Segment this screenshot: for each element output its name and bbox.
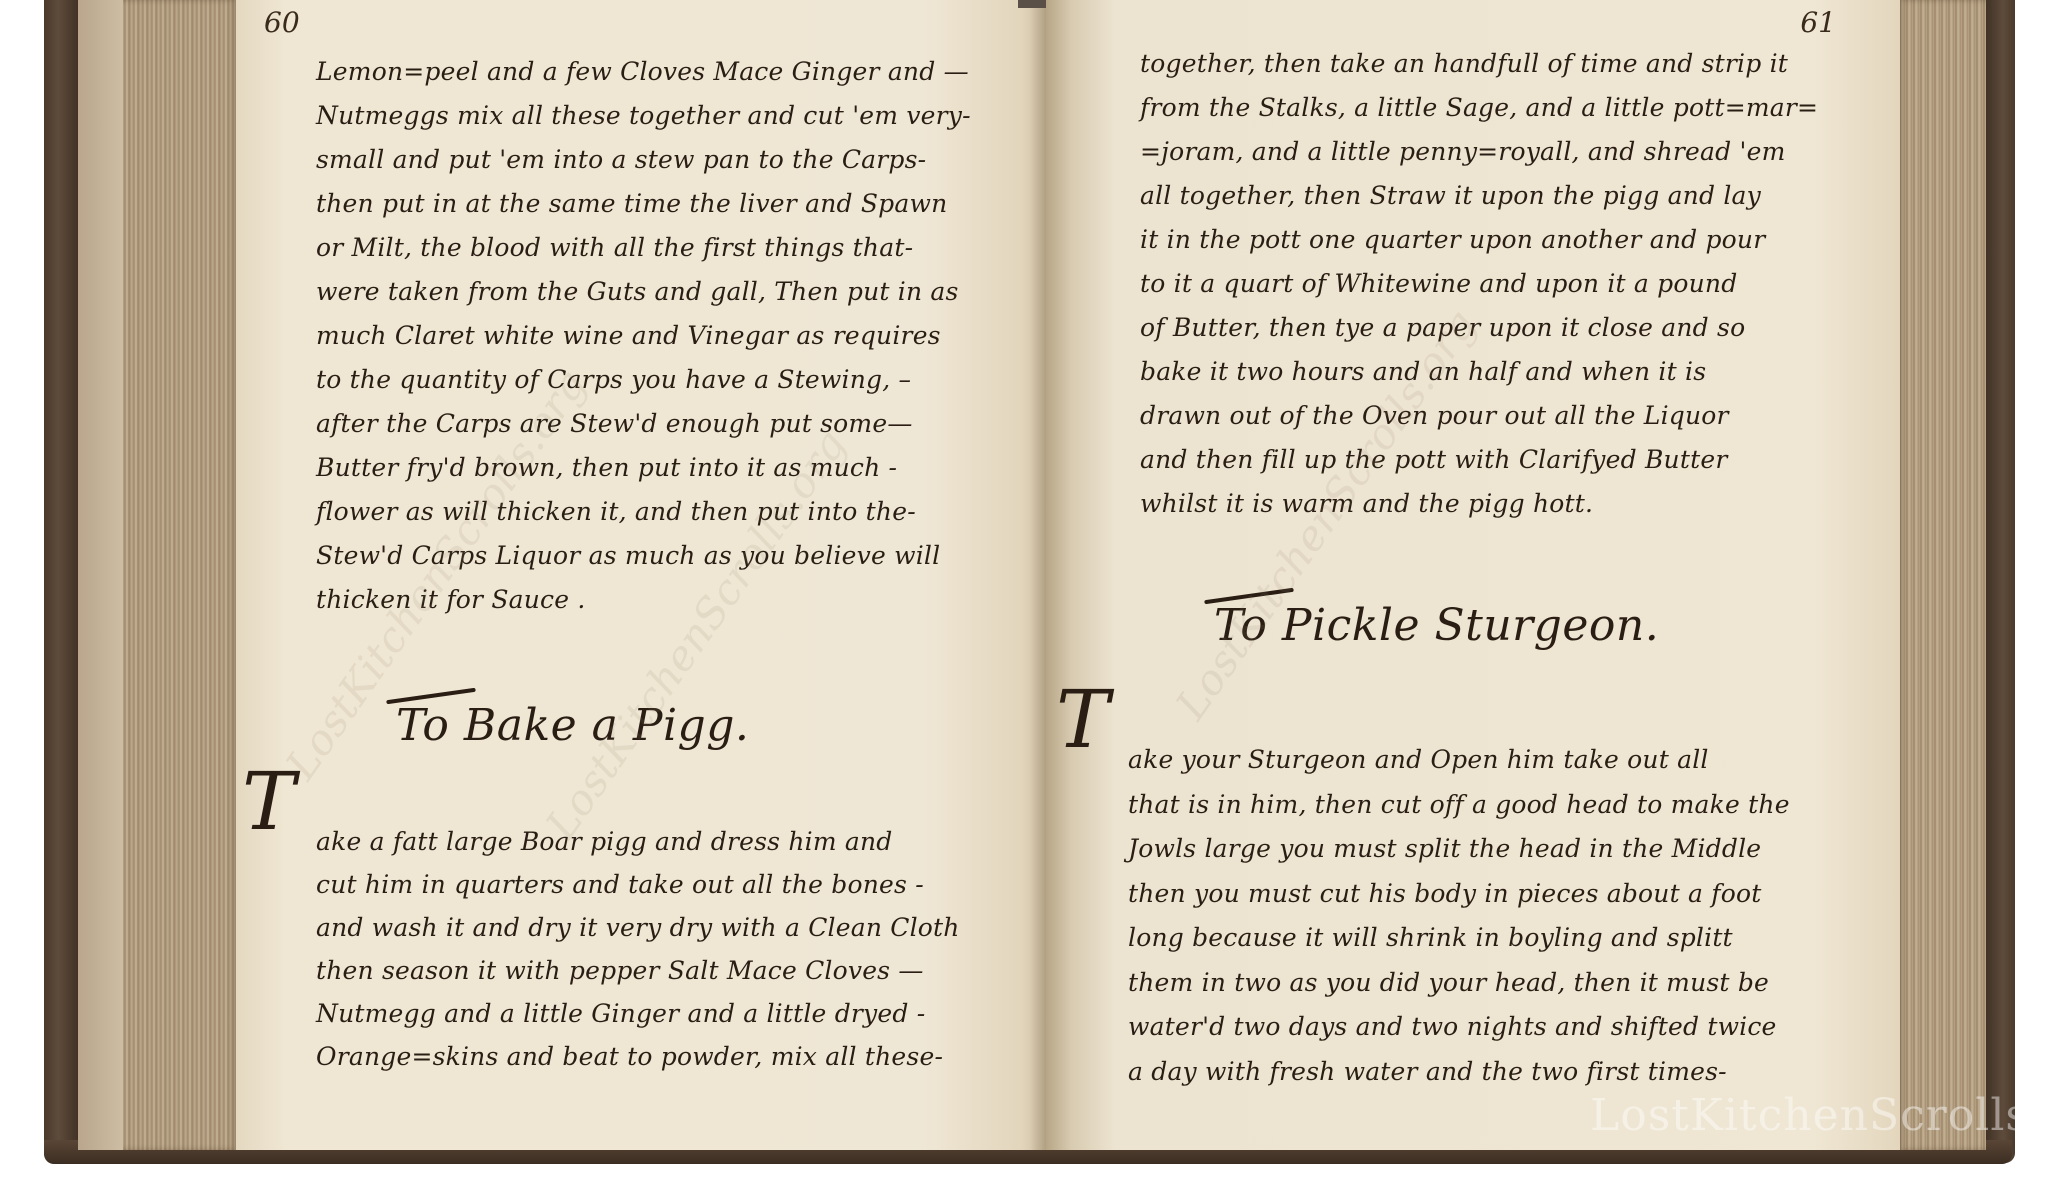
- page-edges-right: [1898, 0, 1986, 1150]
- text-line: were taken from the Guts and gall, Then …: [316, 270, 1016, 314]
- text-line: then you must cut his body in pieces abo…: [1128, 872, 1858, 917]
- text-line: cut him in quarters and take out all the…: [316, 863, 1016, 906]
- text-line: Butter fry'd brown, then put into it as …: [316, 446, 1016, 490]
- text-line: flower as will thicken it, and then put …: [316, 490, 1016, 534]
- open-book: 60 Lemon=peel and a few Cloves Mace Ging…: [0, 0, 2048, 1185]
- text-line: after the Carps are Stew'd enough put so…: [316, 402, 1016, 446]
- text-line: and wash it and dry it very dry with a C…: [316, 906, 1016, 949]
- watermark-corner: LostKitchenScrolls.org: [1590, 1090, 2048, 1141]
- text-line: then season it with pepper Salt Mace Clo…: [316, 949, 1016, 992]
- text-line: from the Stalks, a little Sage, and a li…: [1140, 86, 1860, 130]
- text-line: Jowls large you must split the head in t…: [1128, 827, 1858, 872]
- text-line: to it a quart of Whitewine and upon it a…: [1140, 262, 1860, 306]
- drop-cap-right: T: [1056, 680, 1109, 760]
- page-number-left: 60: [264, 6, 300, 39]
- text-line: to the quantity of Carps you have a Stew…: [316, 358, 1016, 402]
- left-page: 60 Lemon=peel and a few Cloves Mace Ging…: [236, 0, 1046, 1150]
- text-line: a day with fresh water and the two first…: [1128, 1050, 1858, 1095]
- text-line: and then fill up the pott with Clarifyed…: [1140, 438, 1860, 482]
- text-line: Orange=skins and beat to powder, mix all…: [316, 1035, 1016, 1078]
- text-line: Nutmegg and a little Ginger and a little…: [316, 992, 1016, 1035]
- text-line: drawn out of the Oven pour out all the L…: [1140, 394, 1860, 438]
- book-cover-left: [44, 0, 80, 1163]
- text-line: water'd two days and two nights and shif…: [1128, 1005, 1858, 1050]
- text-line: them in two as you did your head, then i…: [1128, 961, 1858, 1006]
- text-line: ake a fatt large Boar pigg and dress him…: [316, 820, 1016, 863]
- text-line: Lemon=peel and a few Cloves Mace Ginger …: [316, 50, 1016, 94]
- text-line: together, then take an handfull of time …: [1140, 42, 1860, 86]
- text-line: that is in him, then cut off a good head…: [1128, 783, 1858, 828]
- text-line: bake it two hours and an half and when i…: [1140, 350, 1860, 394]
- left-continuation-text: Lemon=peel and a few Cloves Mace Ginger …: [316, 50, 1016, 622]
- text-line: whilst it is warm and the pigg hott.: [1140, 482, 1860, 526]
- text-line: ake your Sturgeon and Open him take out …: [1128, 738, 1858, 783]
- text-line: =joram, and a little penny=royall, and s…: [1140, 130, 1860, 174]
- text-line: of Butter, then tye a paper upon it clos…: [1140, 306, 1860, 350]
- recipe-heading-bake-pigg: To Bake a Pigg.: [396, 700, 749, 751]
- text-line: or Milt, the blood with all the first th…: [316, 226, 1016, 270]
- left-recipe-text: ake a fatt large Boar pigg and dress him…: [316, 820, 1016, 1078]
- page-number-right: 61: [1800, 6, 1836, 39]
- text-line: then put in at the same time the liver a…: [316, 182, 1016, 226]
- book-cover-right: [1985, 0, 2015, 1163]
- page-edges-left: [78, 0, 238, 1150]
- right-recipe-text: ake your Sturgeon and Open him take out …: [1128, 738, 1858, 1094]
- right-continuation-text: together, then take an handfull of time …: [1140, 42, 1860, 526]
- text-line: all together, then Straw it upon the pig…: [1140, 174, 1860, 218]
- drop-cap-left: T: [242, 762, 295, 842]
- text-line: much Claret white wine and Vinegar as re…: [316, 314, 1016, 358]
- text-line: long because it will shrink in boyling a…: [1128, 916, 1858, 961]
- right-page: 61 together, then take an handfull of ti…: [1046, 0, 1900, 1150]
- flyleaf-left: [78, 0, 123, 1150]
- text-line: small and put 'em into a stew pan to the…: [316, 138, 1016, 182]
- text-line: it in the pott one quarter upon another …: [1140, 218, 1860, 262]
- text-line: Nutmeggs mix all these together and cut …: [316, 94, 1016, 138]
